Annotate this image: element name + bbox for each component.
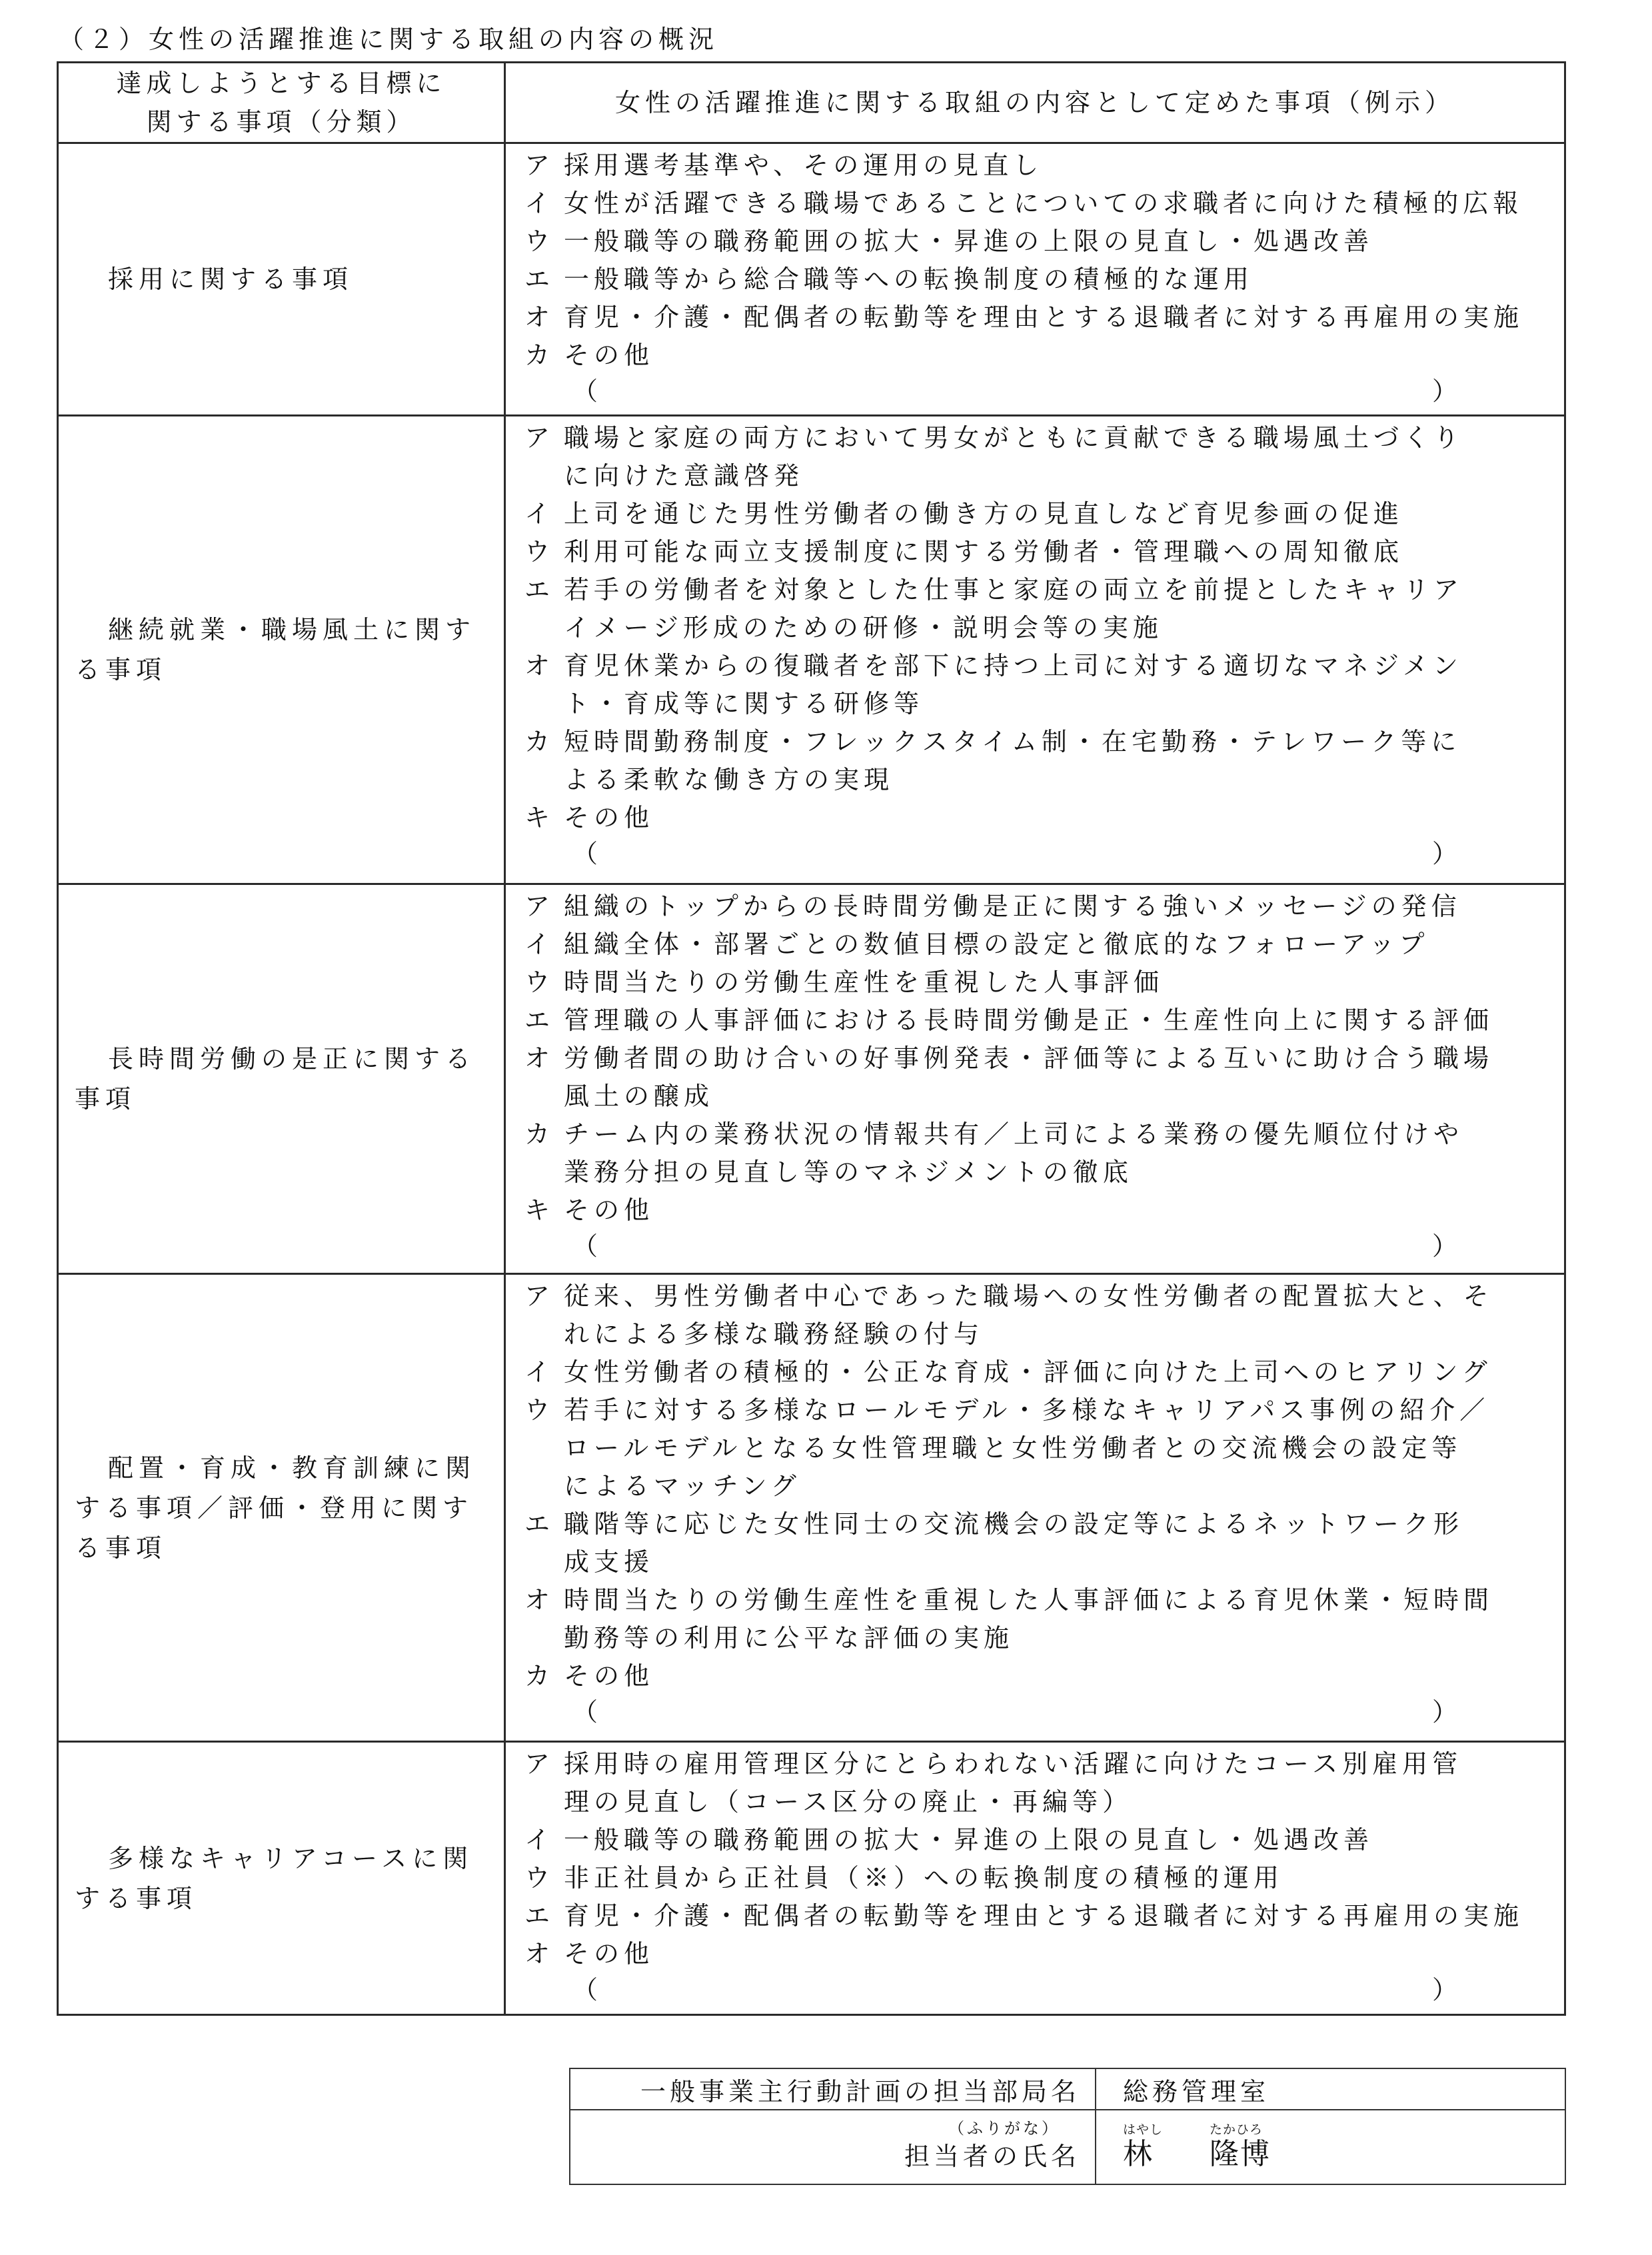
item-mark: エ xyxy=(506,1505,564,1581)
item-text: 組織のトップからの長時間労働是正に関する強いメッセージの発信 xyxy=(564,888,1564,926)
list-item: ウ利用可能な両立支援制度に関する労働者・管理職への周知徹底 xyxy=(506,533,1564,571)
item-text: 一般職等から総合職等への転換制度の積極的な運用 xyxy=(564,261,1564,299)
item-text: 育児・介護・配偶者の転勤等を理由とする退職者に対する再雇用の実施 xyxy=(564,1897,1564,1935)
item-mark: イ xyxy=(506,1353,564,1391)
list-item: カチーム内の業務状況の情報共有／上司による業務の優先順位付けや 業務分担の見直し… xyxy=(506,1116,1564,1191)
list-item: ア組織のトップからの長時間労働是正に関する強いメッセージの発信 xyxy=(506,888,1564,926)
initiatives-table: 達成しようとする目標に 関する事項（分類） 女性の活躍推進に関する取組の内容とし… xyxy=(57,61,1566,2016)
item-text: 労働者間の助け合いの好事例発表・評価等による互いに助け合う職場 風土の醸成 xyxy=(564,1040,1564,1116)
list-item: ウ若手に対する多様なロールモデル・多様なキャリアパス事例の紹介／ ロールモデルと… xyxy=(506,1391,1564,1505)
dept-label: 一般事業主行動計画の担当部局名 xyxy=(570,2068,1096,2110)
list-item: イ女性が活躍できる職場であることについての求職者に向けた積極的広報 xyxy=(506,185,1564,223)
list-item: エ管理職の人事評価における長時間労働是正・生産性向上に関する評価 xyxy=(506,1002,1564,1040)
item-mark: ウ xyxy=(506,223,564,261)
list-item: オ育児・介護・配偶者の転勤等を理由とする退職者に対する再雇用の実施 xyxy=(506,299,1564,337)
item-text: その他 xyxy=(564,1935,1564,1973)
list-item: ア採用時の雇用管理区分にとらわれない活躍に向けたコース別雇用管 理の見直し（コー… xyxy=(506,1745,1564,1821)
item-text: 時間当たりの労働生産性を重視した人事評価 xyxy=(564,964,1564,1002)
items-cell: ア採用時の雇用管理区分にとらわれない活躍に向けたコース別雇用管 理の見直し（コー… xyxy=(505,1742,1565,2015)
header-category-line2: 関する事項（分類） xyxy=(59,103,504,141)
paren-open: （ xyxy=(572,1973,598,2006)
table-row: 配置・育成・教育訓練に関する事項／評価・登用に関する事項 ア従来、男性労働者中心… xyxy=(58,1274,1565,1742)
item-mark: ウ xyxy=(506,533,564,571)
item-mark: イ xyxy=(506,926,564,964)
person-row: （ふりがな） 担当者の氏名 はやし 林 たかひろ 隆博 xyxy=(570,2110,1565,2184)
paren-close: ） xyxy=(1432,375,1457,408)
list-item: ウ非正社員から正社員（※）への転換制度の積極的運用 xyxy=(506,1859,1564,1897)
item-text: 時間当たりの労働生産性を重視した人事評価による育児休業・短時間 勤務等の利用に公… xyxy=(564,1581,1564,1657)
item-text: その他 xyxy=(564,799,1564,837)
list-item: ア採用選考基準や、その運用の見直し xyxy=(506,147,1564,185)
item-text: 非正社員から正社員（※）への転換制度の積極的運用 xyxy=(564,1859,1564,1897)
list-item: エ育児・介護・配偶者の転勤等を理由とする退職者に対する再雇用の実施 xyxy=(506,1897,1564,1935)
item-mark: エ xyxy=(506,1002,564,1040)
item-text: 従来、男性労働者中心であった職場への女性労働者の配置拡大と、そ れによる多様な職… xyxy=(564,1277,1564,1353)
category-cell: 長時間労働の是正に関する事項 xyxy=(58,884,505,1274)
table-row: 長時間労働の是正に関する事項 ア組織のトップからの長時間労働是正に関する強いメッ… xyxy=(58,884,1565,1274)
paren-open: （ xyxy=(572,1229,598,1263)
other-details-field[interactable]: （） xyxy=(506,1695,1564,1729)
paren-open: （ xyxy=(572,837,598,870)
item-mark: オ xyxy=(506,1040,564,1116)
other-details-field[interactable]: （） xyxy=(506,837,1564,870)
item-text: 女性労働者の積極的・公正な育成・評価に向けた上司へのヒアリング xyxy=(564,1353,1564,1391)
given-name: たかひろ 隆博 xyxy=(1210,2122,1271,2172)
table-row: 採用に関する事項 ア採用選考基準や、その運用の見直し イ女性が活躍できる職場であ… xyxy=(58,143,1565,416)
item-text: その他 xyxy=(564,337,1564,375)
dept-value: 総務管理室 xyxy=(1096,2068,1565,2110)
paren-close: ） xyxy=(1432,837,1457,870)
category-cell: 多様なキャリアコースに関する事項 xyxy=(58,1742,505,2015)
furigana-label: （ふりがな） xyxy=(570,2119,1060,2138)
list-item: カその他 xyxy=(506,1657,1564,1695)
paren-open: （ xyxy=(572,375,598,408)
list-item: キその他 xyxy=(506,1191,1564,1229)
table-header-row: 達成しようとする目標に 関する事項（分類） 女性の活躍推進に関する取組の内容とし… xyxy=(58,63,1565,143)
item-mark: ウ xyxy=(506,1391,564,1505)
item-text: 若手に対する多様なロールモデル・多様なキャリアパス事例の紹介／ ロールモデルとな… xyxy=(564,1391,1564,1505)
given-name-ruby: たかひろ xyxy=(1210,2122,1263,2137)
category-cell: 採用に関する事項 xyxy=(58,143,505,416)
header-category: 達成しようとする目標に 関する事項（分類） xyxy=(58,63,505,143)
list-item: カその他 xyxy=(506,337,1564,375)
item-text: 育児・介護・配偶者の転勤等を理由とする退職者に対する再雇用の実施 xyxy=(564,299,1564,337)
other-details-field[interactable]: （） xyxy=(506,1973,1564,2006)
item-mark: ア xyxy=(506,888,564,926)
item-mark: エ xyxy=(506,571,564,647)
item-text: 育児休業からの復職者を部下に持つ上司に対する適切なマネジメン ト・育成等に関する… xyxy=(564,647,1564,723)
item-mark: ア xyxy=(506,1277,564,1353)
category-cell: 継続就業・職場風土に関する事項 xyxy=(58,416,505,884)
items-cell: ア組織のトップからの長時間労働是正に関する強いメッセージの発信 イ組織全体・部署… xyxy=(505,884,1565,1274)
list-item: キその他 xyxy=(506,799,1564,837)
item-text: 職場と家庭の両方において男女がともに貢献できる職場風土づくり に向けた意識啓発 xyxy=(564,419,1564,495)
item-mark: オ xyxy=(506,1935,564,1973)
list-item: ア従来、男性労働者中心であった職場への女性労働者の配置拡大と、そ れによる多様な… xyxy=(506,1277,1564,1353)
paren-close: ） xyxy=(1432,1973,1457,2006)
item-text: チーム内の業務状況の情報共有／上司による業務の優先順位付けや 業務分担の見直し等… xyxy=(564,1116,1564,1191)
list-item: カ短時間勤務制度・フレックスタイム制・在宅勤務・テレワーク等に よる柔軟な働き方… xyxy=(506,723,1564,799)
list-item: イ組織全体・部署ごとの数値目標の設定と徹底的なフォローアップ xyxy=(506,926,1564,964)
table-row: 多様なキャリアコースに関する事項 ア採用時の雇用管理区分にとらわれない活躍に向け… xyxy=(58,1742,1565,2015)
item-text: その他 xyxy=(564,1191,1564,1229)
person-label-cell: （ふりがな） 担当者の氏名 xyxy=(570,2110,1096,2184)
list-item: イ一般職等の職務範囲の拡大・昇進の上限の見直し・処遇改善 xyxy=(506,1821,1564,1859)
items-cell: ア職場と家庭の両方において男女がともに貢献できる職場風土づくり に向けた意識啓発… xyxy=(505,416,1565,884)
item-mark: ア xyxy=(506,147,564,185)
surname-ruby: はやし xyxy=(1123,2122,1163,2137)
item-mark: ウ xyxy=(506,1859,564,1897)
list-item: ア職場と家庭の両方において男女がともに貢献できる職場風土づくり に向けた意識啓発 xyxy=(506,419,1564,495)
item-text: 若手の労働者を対象とした仕事と家庭の両立を前提としたキャリア イメージ形成のため… xyxy=(564,571,1564,647)
item-mark: エ xyxy=(506,261,564,299)
item-mark: ア xyxy=(506,1745,564,1821)
item-mark: カ xyxy=(506,723,564,799)
item-text: 女性が活躍できる職場であることについての求職者に向けた積極的広報 xyxy=(564,185,1564,223)
items-cell: ア採用選考基準や、その運用の見直し イ女性が活躍できる職場であることについての求… xyxy=(505,143,1565,416)
item-text: 採用時の雇用管理区分にとらわれない活躍に向けたコース別雇用管 理の見直し（コース… xyxy=(564,1745,1564,1821)
item-mark: オ xyxy=(506,1581,564,1657)
category-cell: 配置・育成・教育訓練に関する事項／評価・登用に関する事項 xyxy=(58,1274,505,1742)
item-mark: オ xyxy=(506,299,564,337)
other-details-field[interactable]: （） xyxy=(506,1229,1564,1263)
person-label: 担当者の氏名 xyxy=(570,2138,1080,2175)
item-mark: キ xyxy=(506,799,564,837)
list-item: エ若手の労働者を対象とした仕事と家庭の両立を前提としたキャリア イメージ形成のた… xyxy=(506,571,1564,647)
header-category-line1: 達成しようとする目標に xyxy=(59,64,504,103)
item-mark: エ xyxy=(506,1897,564,1935)
item-mark: ウ xyxy=(506,964,564,1002)
item-mark: カ xyxy=(506,337,564,375)
item-mark: ア xyxy=(506,419,564,495)
person-name: はやし 林 たかひろ 隆博 xyxy=(1123,2122,1565,2172)
paren-close: ） xyxy=(1432,1229,1457,1263)
item-text: 一般職等の職務範囲の拡大・昇進の上限の見直し・処遇改善 xyxy=(564,1821,1564,1859)
item-text: 利用可能な両立支援制度に関する労働者・管理職への周知徹底 xyxy=(564,533,1564,571)
list-item: ウ時間当たりの労働生産性を重視した人事評価 xyxy=(506,964,1564,1002)
list-item: エ職階等に応じた女性同士の交流機会の設定等によるネットワーク形 成支援 xyxy=(506,1505,1564,1581)
item-text: 職階等に応じた女性同士の交流機会の設定等によるネットワーク形 成支援 xyxy=(564,1505,1564,1581)
contact-table: 一般事業主行動計画の担当部局名 総務管理室 （ふりがな） 担当者の氏名 はやし … xyxy=(569,2068,1566,2185)
list-item: イ女性労働者の積極的・公正な育成・評価に向けた上司へのヒアリング xyxy=(506,1353,1564,1391)
item-text: 組織全体・部署ごとの数値目標の設定と徹底的なフォローアップ xyxy=(564,926,1564,964)
item-mark: イ xyxy=(506,495,564,533)
item-mark: イ xyxy=(506,185,564,223)
list-item: エ一般職等から総合職等への転換制度の積極的な運用 xyxy=(506,261,1564,299)
paren-open: （ xyxy=(572,1695,598,1729)
item-text: 管理職の人事評価における長時間労働是正・生産性向上に関する評価 xyxy=(564,1002,1564,1040)
list-item: オ時間当たりの労働生産性を重視した人事評価による育児休業・短時間 勤務等の利用に… xyxy=(506,1581,1564,1657)
item-text: 上司を通じた男性労働者の働き方の見直しなど育児参画の促進 xyxy=(564,495,1564,533)
list-item: オ育児休業からの復職者を部下に持つ上司に対する適切なマネジメン ト・育成等に関す… xyxy=(506,647,1564,723)
person-value-cell: はやし 林 たかひろ 隆博 xyxy=(1096,2110,1565,2184)
list-item: オその他 xyxy=(506,1935,1564,1973)
item-mark: キ xyxy=(506,1191,564,1229)
item-text: その他 xyxy=(564,1657,1564,1695)
paren-close: ） xyxy=(1432,1695,1457,1729)
section-title: （２）女性の活躍推進に関する取組の内容の概況 xyxy=(59,23,718,56)
given-name-kanji: 隆博 xyxy=(1210,2137,1271,2172)
surname: はやし 林 xyxy=(1123,2122,1163,2172)
item-mark: カ xyxy=(506,1116,564,1191)
dept-row: 一般事業主行動計画の担当部局名 総務管理室 xyxy=(570,2068,1565,2110)
list-item: ウ一般職等の職務範囲の拡大・昇進の上限の見直し・処遇改善 xyxy=(506,223,1564,261)
item-text: 採用選考基準や、その運用の見直し xyxy=(564,147,1564,185)
list-item: オ労働者間の助け合いの好事例発表・評価等による互いに助け合う職場 風土の醸成 xyxy=(506,1040,1564,1116)
item-mark: オ xyxy=(506,647,564,723)
surname-kanji: 林 xyxy=(1123,2137,1154,2172)
header-initiatives: 女性の活躍推進に関する取組の内容として定めた事項（例示） xyxy=(505,63,1565,143)
list-item: イ上司を通じた男性労働者の働き方の見直しなど育児参画の促進 xyxy=(506,495,1564,533)
item-text: 一般職等の職務範囲の拡大・昇進の上限の見直し・処遇改善 xyxy=(564,223,1564,261)
item-mark: イ xyxy=(506,1821,564,1859)
other-details-field[interactable]: （） xyxy=(506,375,1564,408)
items-cell: ア従来、男性労働者中心であった職場への女性労働者の配置拡大と、そ れによる多様な… xyxy=(505,1274,1565,1742)
item-mark: カ xyxy=(506,1657,564,1695)
table-row: 継続就業・職場風土に関する事項 ア職場と家庭の両方において男女がともに貢献できる… xyxy=(58,416,1565,884)
item-text: 短時間勤務制度・フレックスタイム制・在宅勤務・テレワーク等に よる柔軟な働き方の… xyxy=(564,723,1564,799)
